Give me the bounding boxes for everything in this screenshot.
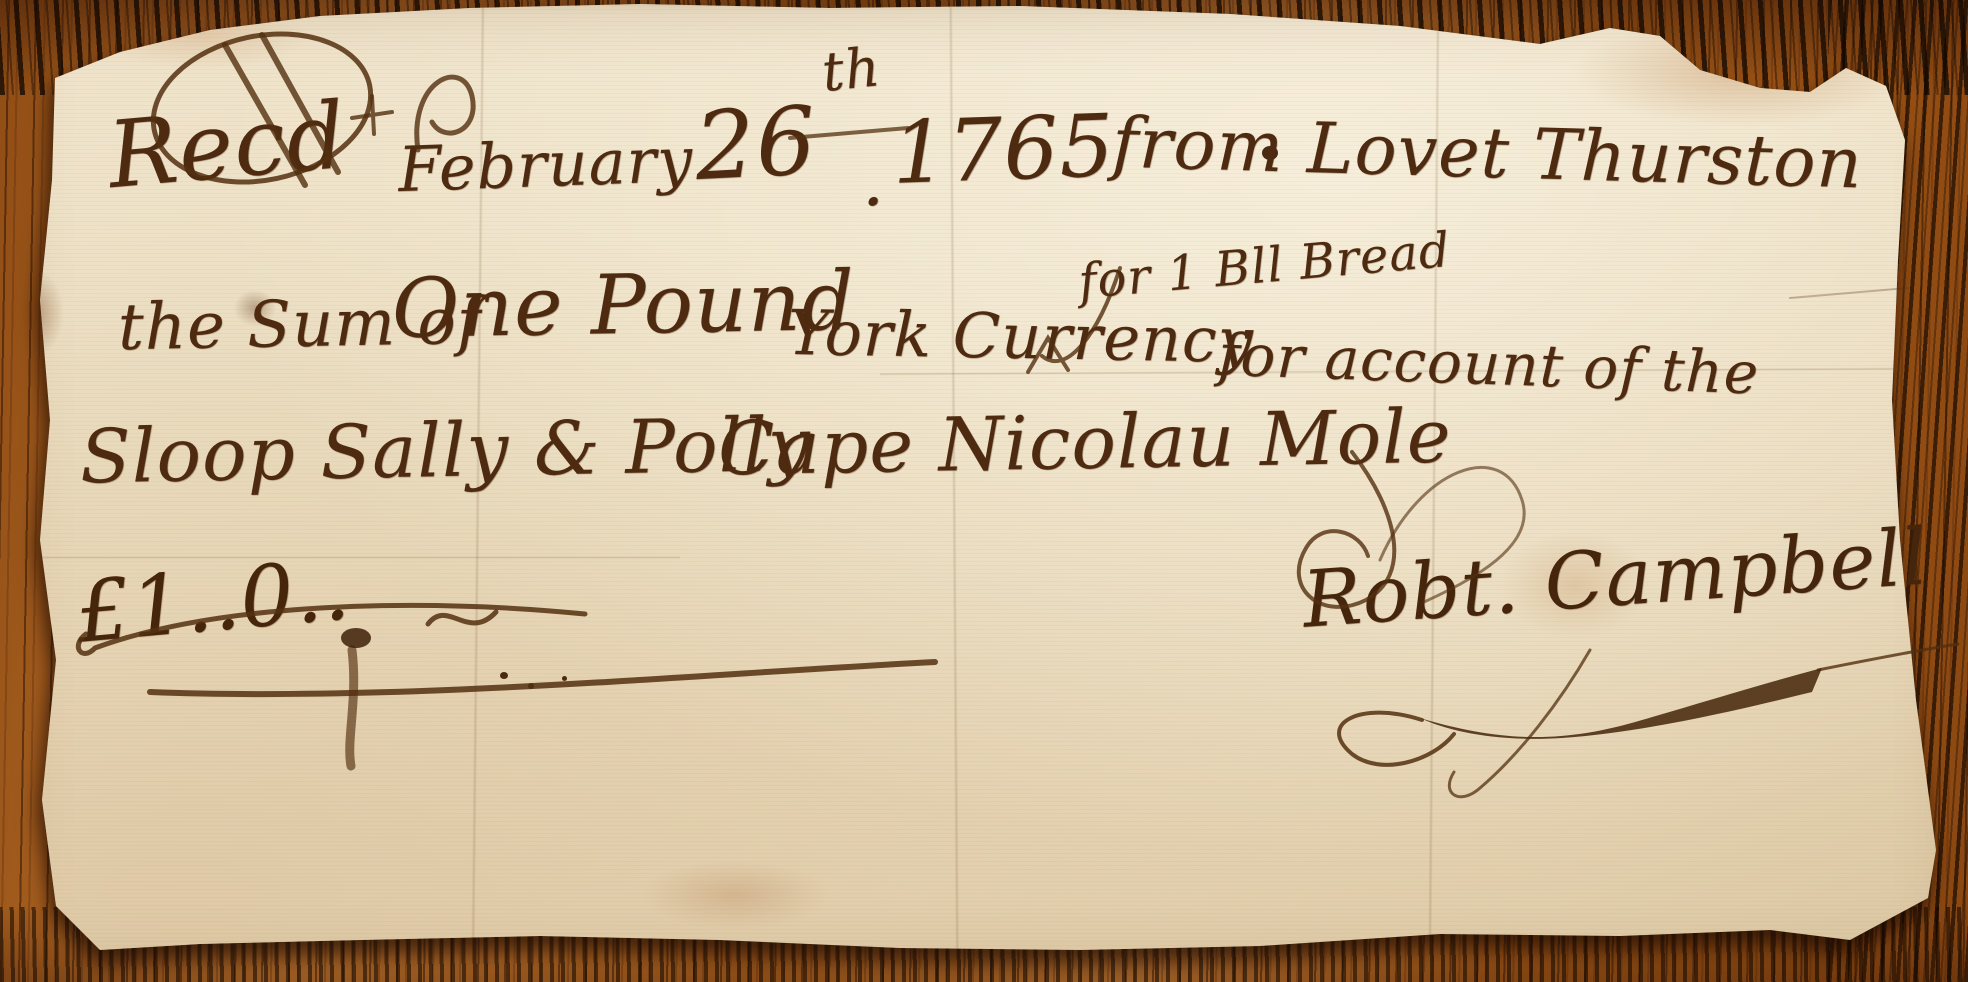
- handwriting-account-phrase: for account of the: [1217, 321, 1760, 408]
- signature-descender-cross: [1449, 650, 1590, 797]
- handwriting-interlined-note: for 1 Bll Bread: [1076, 222, 1452, 310]
- handwriting-date-ordinal: th: [819, 35, 884, 104]
- handwriting-date-year: 1765: [890, 96, 1116, 204]
- faint-line-right: [1790, 288, 1908, 298]
- handwriting-amount-figures: £1..0..: [72, 540, 354, 662]
- ink-drip: [350, 650, 354, 766]
- signature-swash-right-tail: [1818, 644, 1958, 670]
- handwriting-received-word: Recd: [104, 82, 351, 209]
- handwriting-date-separator: .: [862, 140, 885, 222]
- signature-swash-left-loop: [1339, 713, 1454, 765]
- handwriting-vessel-names: Sloop Sally & Polly: [79, 402, 811, 501]
- handwriting-layer: Recd February 26 th . 1765 from Lovet Th…: [0, 0, 1968, 982]
- amount-underline-lower: [150, 662, 935, 694]
- handwriting-date-month: February: [397, 123, 695, 206]
- monogram-plus-mark: [352, 96, 392, 134]
- handwriting-currency-words: York Currency: [787, 296, 1254, 377]
- handwriting-payer-phrase: from Lovet Thurston: [1111, 102, 1864, 205]
- handwriting-amount-words: One Pound: [391, 254, 856, 357]
- handwriting-place-name: Cape Nicolau Mole: [717, 394, 1452, 493]
- photo-scene: Recd February 26 th . 1765 from Lovet Th…: [0, 0, 1968, 982]
- signature-swash-thick: [1420, 668, 1822, 739]
- handwriting-date-day: 26: [692, 87, 819, 202]
- amount-dash-squiggle: [428, 612, 496, 624]
- handwriting-signature: Robt. Campbell: [1300, 512, 1931, 645]
